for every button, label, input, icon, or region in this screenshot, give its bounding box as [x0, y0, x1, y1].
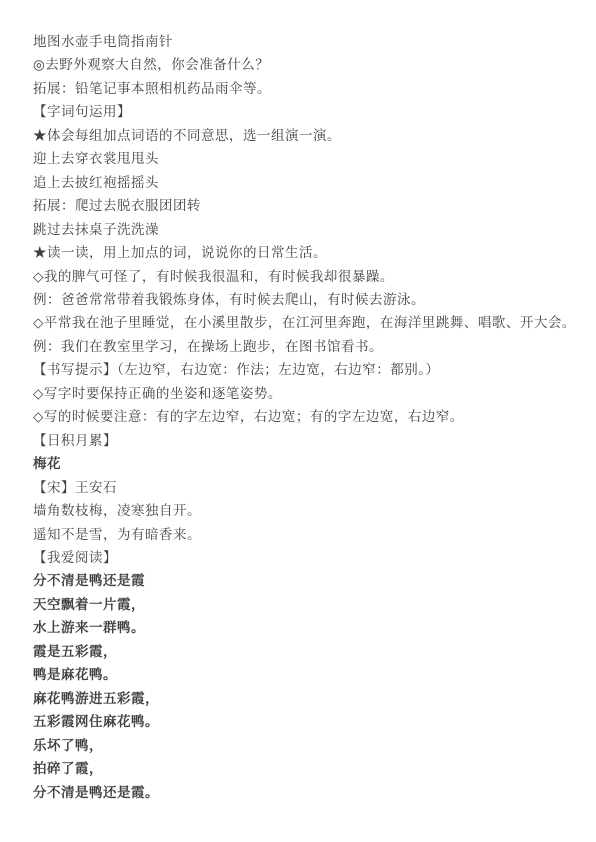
reading-verse-line: 分不清是鸭还是霞。: [33, 781, 570, 804]
reading-verse-line: 乐坏了鸭，: [33, 734, 570, 757]
section-header-reading: 【我爱阅读】: [33, 546, 570, 569]
writing-tip-line: ◇写字时要保持正确的坐姿和逐笔姿势。: [33, 382, 570, 405]
reading-verse-line: 水上游来一群鸭。: [33, 616, 570, 639]
poem-verse-line: 遥知不是雪，为有暗香来。: [33, 523, 570, 546]
expansion-line: 拓展：铅笔记事本照相机药品雨伞等。: [33, 77, 570, 100]
section-header-daily-accumulation: 【日积月累】: [33, 429, 570, 452]
equipment-list-line: 地图水壶手电筒指南针: [33, 30, 570, 53]
phrase-group-line: 迎上去穿衣裳甩甩头: [33, 147, 570, 170]
section-header-word-usage: 【字词句运用】: [33, 100, 570, 123]
reading-verse-line: 麻花鸭游进五彩霞，: [33, 687, 570, 710]
poem-title: 梅花: [33, 452, 570, 475]
example-sentence-line: ◇平常我在池子里睡觉，在小溪里散步，在江河里奔跑，在海洋里跳舞、唱歌、开大会。: [33, 311, 570, 334]
poem-verse-line: 墙角数枝梅，凌寒独自开。: [33, 499, 570, 522]
reading-title: 分不清是鸭还是霞: [33, 569, 570, 592]
task-line: ★读一读，用上加点的词，说说你的日常生活。: [33, 241, 570, 264]
section-header-writing-tips: 【书写提示】（左边窄，右边宽：作法；左边宽，右边窄：都别。）: [33, 358, 570, 381]
example-sentence-line: ◇我的脾气可怪了，有时候我很温和，有时候我却很暴躁。: [33, 265, 570, 288]
reading-verse-line: 天空飘着一片霞，: [33, 593, 570, 616]
task-line: ★体会每组加点词语的不同意思，选一组演一演。: [33, 124, 570, 147]
reading-verse-line: 鸭是麻花鸭。: [33, 663, 570, 686]
question-line: ◎去野外观察大自然，你会准备什么？: [33, 53, 570, 76]
phrase-group-line: 跳过去抹桌子洗洗澡: [33, 218, 570, 241]
example-answer-line: 例：我们在教室里学习，在操场上跑步，在图书馆看书。: [33, 335, 570, 358]
reading-verse-line: 拍碎了霞，: [33, 757, 570, 780]
expansion-line: 拓展：爬过去脱衣服团团转: [33, 194, 570, 217]
phrase-group-line: 追上去披红袍摇摇头: [33, 171, 570, 194]
reading-verse-line: 五彩霞网住麻花鸭。: [33, 710, 570, 733]
writing-tip-line: ◇写的时候要注意：有的字左边窄，右边宽；有的字左边宽，右边窄。: [33, 405, 570, 428]
poem-author: 【宋】王安石: [33, 476, 570, 499]
reading-verse-line: 霞是五彩霞，: [33, 640, 570, 663]
document-page: 地图水壶手电筒指南针 ◎去野外观察大自然，你会准备什么？ 拓展：铅笔记事本照相机…: [0, 0, 596, 842]
example-answer-line: 例：爸爸常常带着我锻炼身体，有时候去爬山，有时候去游泳。: [33, 288, 570, 311]
